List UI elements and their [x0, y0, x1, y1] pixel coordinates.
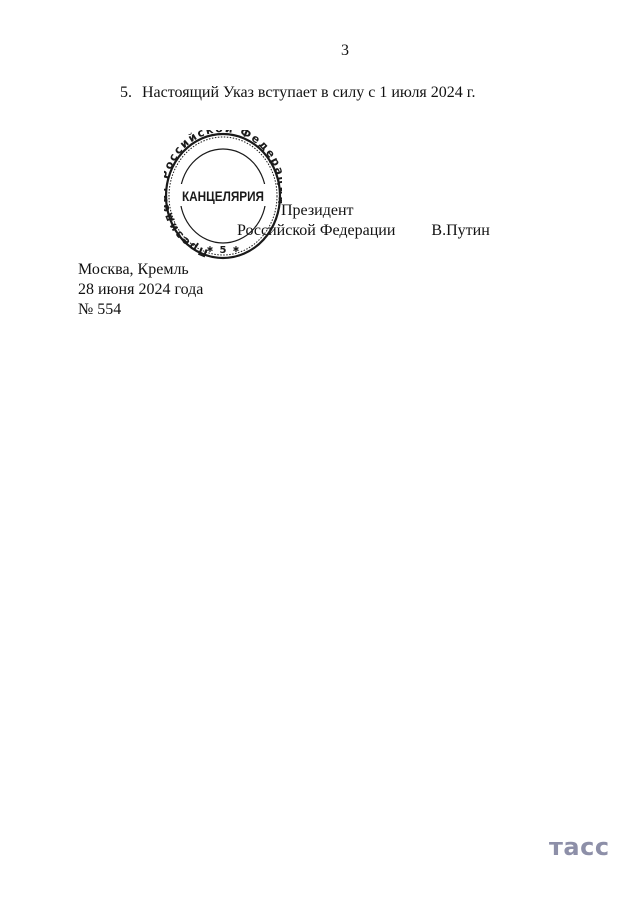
svg-text:✱: ✱ [207, 245, 214, 254]
tass-watermark-logo: тасс [549, 833, 610, 861]
stamp-number: 5 [220, 245, 227, 256]
decree-date: 28 июня 2024 года [78, 280, 203, 300]
clause-number: 5. [120, 84, 132, 101]
svg-text:✱: ✱ [233, 245, 240, 254]
page-number: 3 [0, 42, 640, 60]
stamp-center-text: КАНЦЕЛЯРИЯ [182, 188, 264, 204]
place: Москва, Кремль [78, 260, 203, 280]
signer-name: В.Путин [431, 222, 489, 239]
place-date-block: Москва, Кремль 28 июня 2024 года № 554 [78, 260, 203, 320]
decree-number: № 554 [78, 300, 203, 320]
official-stamp: Президент Российской Федерации КАНЦЕЛЯРИ… [164, 130, 282, 262]
clause-text: Настоящий Указ вступает в силу с 1 июля … [142, 84, 476, 101]
decree-clause: 5. Настоящий Указ вступает в силу с 1 ию… [120, 84, 476, 102]
